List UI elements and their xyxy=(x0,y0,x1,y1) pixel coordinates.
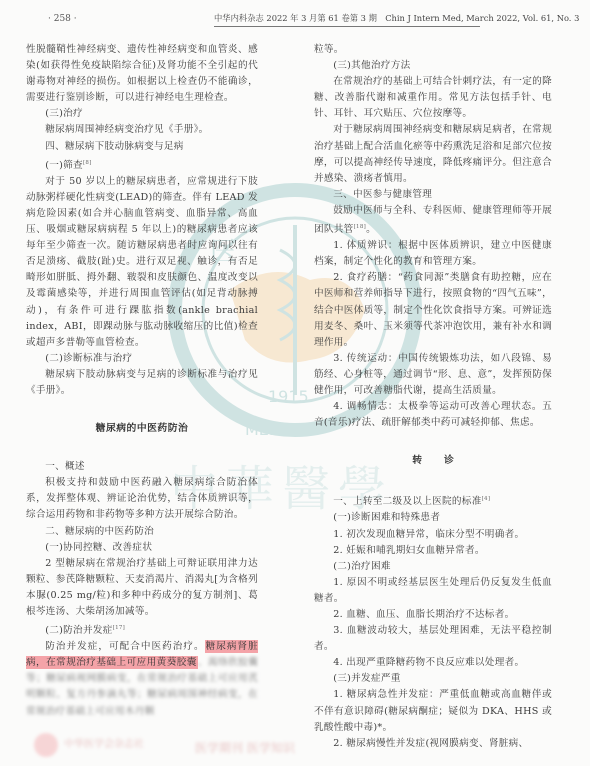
citation-ref[interactable]: [17] xyxy=(113,625,126,631)
heading-difficult-diagnosis: (一)诊断困难和特殊患者 xyxy=(314,510,552,526)
paragraph-screening: 对于 50 岁以上的糖尿病患者，应常规进行下肢动脉粥样硬化性病变(LEAD)的筛… xyxy=(26,174,258,351)
heading-referral-criteria: 一、上转至二级及以上医院的标准[4] xyxy=(314,491,552,510)
list-item-constitution: 1. 体质辨识：根据中医体质辨识，建立中医健康档案，制定个性化的教育和管理方案。 xyxy=(314,238,552,270)
section-title-tcm: 糖尿病的中医药防治 xyxy=(26,421,258,437)
heading-tcm-prevention: 二、糖尿病的中医药防治 xyxy=(26,524,258,540)
list-item: 1. 原因不明或经基层医生处理后仍反复发生低血糖者。 xyxy=(314,575,552,607)
list-item: 2. 血糖、血压、血脂长期治疗不达标者。 xyxy=(314,607,552,623)
citation-ref[interactable]: [4] xyxy=(482,496,491,502)
list-item: 1. 糖尿病急性并发症：严重低血糖或高血糖伴或不伴有意识障碍(糖尿病酮症；疑似为… xyxy=(314,687,552,735)
list-item: 1. 初次发现血糖异常，临床分型不明确者。 xyxy=(314,527,552,543)
journal-citation: 中华内科杂志 2022 年 3 月第 61 卷第 3 期 Chin J Inte… xyxy=(214,12,480,27)
publisher-name: 中华医学会杂志社 xyxy=(64,735,144,750)
list-item-exercise: 3. 传统运动：中国传统锻炼功法，如八段锦、易筋经、心身桩等，通过调节“形、息、… xyxy=(314,351,552,399)
paragraph-glucose-control: 2 型糖尿病在常规治疗基础上可辩证联用津力达颗粒、参芪降糖颗粒、天麦消渴片、消渴… xyxy=(26,556,258,620)
paragraph-complications: 防治并发症，可配合中医药治疗。糖尿病肾脏病，在常规治疗基础上可应用黄葵胶囊、渴络… xyxy=(26,639,258,719)
paragraph-continued: 粒等。 xyxy=(314,42,552,58)
paragraph-foot-bath: 对于糖尿病周围神经病变和糖尿病足病者，在常规治疗基础上配合活血化瘀等中药熏洗足浴… xyxy=(314,122,552,186)
list-item-emotion: 4. 调畅情志：太极拳等运动可改善心理状态。五音(音乐)疗法、疏肝解郁类中药可减… xyxy=(314,399,552,431)
paragraph-acupuncture: 在常规治疗的基础上可结合针刺疗法，有一定的降糖、改善脂代谢和减重作用。常见方法包… xyxy=(314,74,552,122)
list-item-diet: 2. 食疗药膳：“药食同源”类膳食有助控糖，应在中医师和营养师指导下进行，按照食… xyxy=(314,270,552,350)
list-item: 2. 糖尿病慢性并发症(视网膜病变、肾脏病、 xyxy=(314,736,552,752)
heading-complications: (二)防治并发症[17] xyxy=(26,620,258,639)
heading-screening: (一)筛查[8] xyxy=(26,155,258,174)
publisher-logo: 中华医学会杂志社 医学期刊 医学知识 xyxy=(30,735,290,760)
paragraph-diagnosis: 糖尿病下肢动脉病变与足病的诊断标准与治疗见《手册》。 xyxy=(26,367,258,399)
publisher-slogan: 医学期刊 医学知识 xyxy=(195,739,295,756)
paragraph-team-management: 鼓励中医师与全科、专科医师、健康管理师等开展团队共管[18]。 xyxy=(314,203,552,238)
heading-glucose-control: (一)协同控糖、改善症状 xyxy=(26,540,258,556)
citation-ref[interactable]: [8] xyxy=(83,160,92,166)
section-title-referral: 转诊 xyxy=(314,453,552,469)
paragraph-neuropathy-diff: 性脱髓鞘性神经病变、遗传性神经病变和血管炎、感染(如获得性免疫缺陷综合征)及肾功… xyxy=(26,42,258,106)
heading-diagnosis: (二)诊断标准与治疗 xyxy=(26,351,258,367)
right-column: 粒等。 (三)其他治疗方法 在常规治疗的基础上可结合针刺疗法，有一定的降糖、改善… xyxy=(314,42,552,752)
page-header: · 258 · 中华内科杂志 2022 年 3 月第 61 卷第 3 期 Chi… xyxy=(0,0,590,30)
list-item: 4. 出现严重降糖药物不良反应难以处理者。 xyxy=(314,655,552,671)
heading-section-4: 四、糖尿病下肢动脉病变与足病 xyxy=(26,139,258,155)
heading-severe-complications: (三)并发症严重 xyxy=(314,671,552,687)
page-number: · 258 · xyxy=(48,14,77,24)
paragraph-treatment: 糖尿病周围神经病变治疗见《手册》。 xyxy=(26,122,258,138)
list-item: 3. 血糖波动较大，基层处理困难，无法平稳控制者。 xyxy=(314,623,552,655)
heading-health-management: 三、中医参与健康管理 xyxy=(314,187,552,203)
list-item: 2. 妊娠和哺乳期妇女血糖异常者。 xyxy=(314,543,552,559)
heading-overview: 一、概述 xyxy=(26,459,258,475)
paragraph-overview: 积极支持和鼓励中医药融入糖尿病综合防治体系，发挥整体观、辨证论治优势，结合体质辨… xyxy=(26,475,258,523)
flower-logo-icon xyxy=(34,733,58,757)
heading-other-methods: (三)其他治疗方法 xyxy=(314,58,552,74)
citation-ref[interactable]: [18] xyxy=(354,224,367,230)
heading-difficult-treatment: (二)治疗困难 xyxy=(314,559,552,575)
svg-text:1915: 1915 xyxy=(268,387,309,406)
left-column: 性脱髓鞘性神经病变、遗传性神经病变和血管炎、感染(如获得性免疫缺陷综合征)及肾功… xyxy=(26,42,258,720)
heading-treatment: (三)治疗 xyxy=(26,106,258,122)
